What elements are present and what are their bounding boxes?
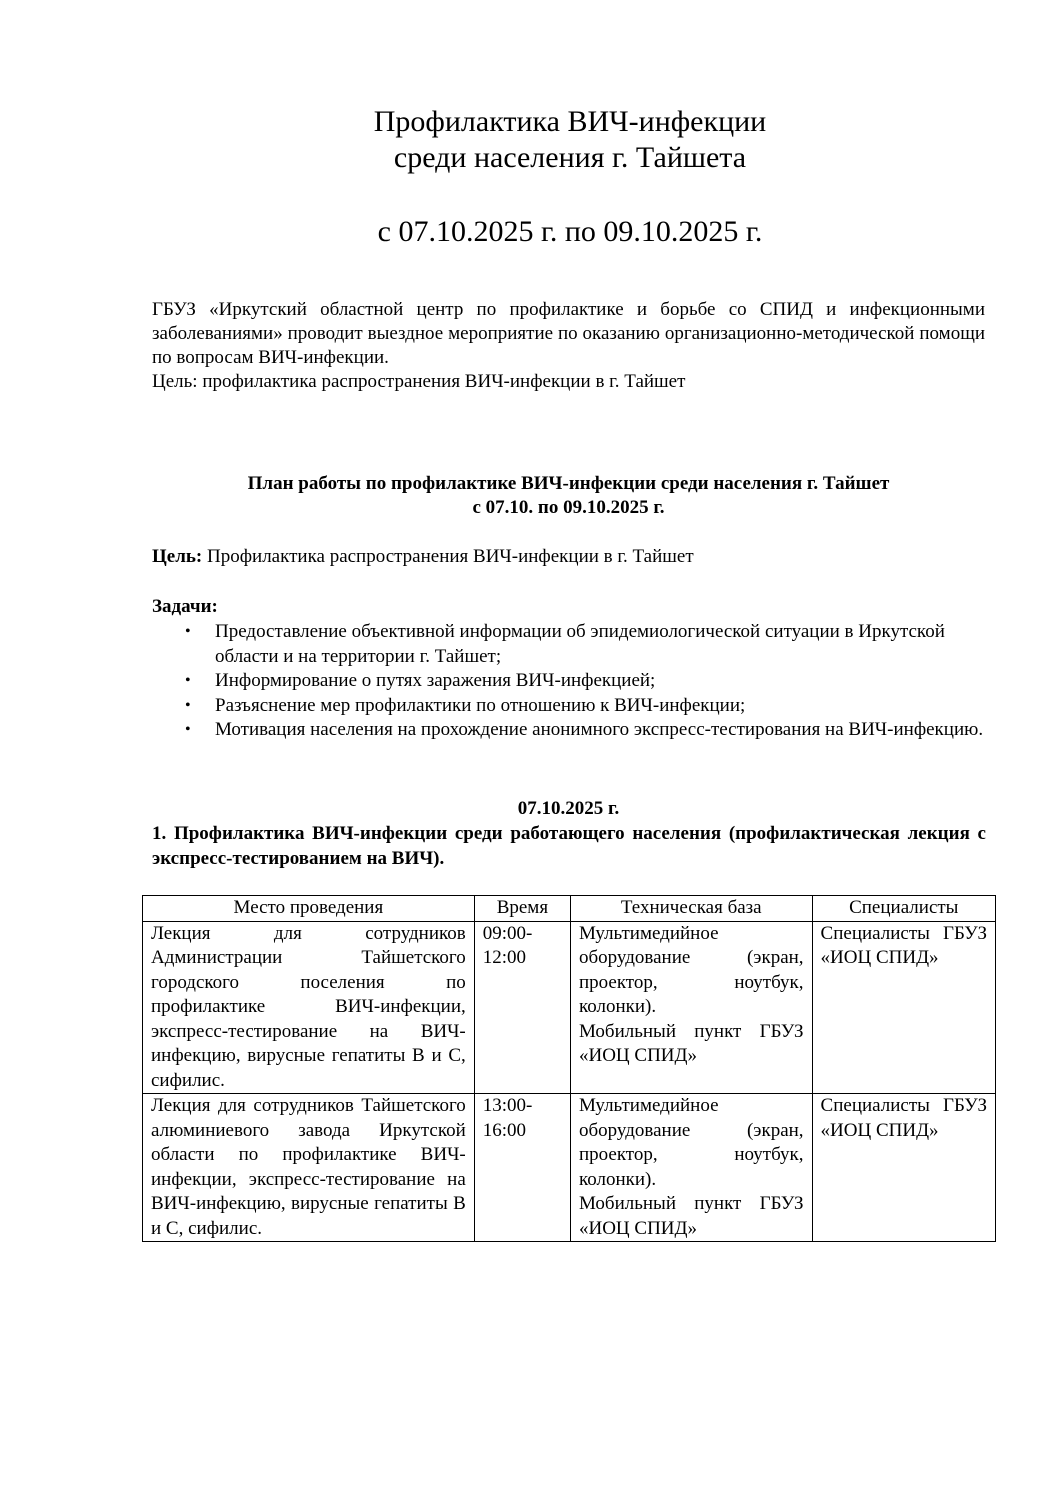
bullet-icon: • xyxy=(185,620,191,645)
goal-text: Профилактика распространения ВИЧ-инфекци… xyxy=(202,546,693,567)
table-row: Лекция для сотрудников Администрации Тай… xyxy=(143,921,996,1094)
tasks-list: •Предоставление объективной информации о… xyxy=(152,620,987,743)
section-title: 1. Профилактика ВИЧ-инфекции среди работ… xyxy=(152,822,986,871)
document-title-dates: с 07.10.2025 г. по 09.10.2025 г. xyxy=(0,214,1061,250)
cell-place: Лекция для сотрудников Администрации Тай… xyxy=(143,921,475,1094)
tasks-label: Задачи: xyxy=(152,595,218,619)
plan-heading-line1: План работы по профилактике ВИЧ-инфекции… xyxy=(152,472,985,496)
document-title-line2: среди населения г. Тайшета xyxy=(0,140,1061,176)
schedule-table: Место проведения Время Техническая база … xyxy=(142,895,996,1242)
cell-place: Лекция для сотрудников Тайшетского алюми… xyxy=(143,1094,475,1242)
task-item: •Разъяснение мер профилактики по отношен… xyxy=(152,694,987,719)
plan-heading: План работы по профилактике ВИЧ-инфекции… xyxy=(152,472,985,520)
cell-specialists: Специалисты ГБУЗ «ИОЦ СПИД» xyxy=(812,1094,995,1242)
task-item: •Предоставление объективной информации о… xyxy=(152,620,987,669)
header-place: Место проведения xyxy=(143,896,475,922)
bullet-icon: • xyxy=(185,669,191,694)
cell-equipment: Мультимедийное оборудование (экран, прое… xyxy=(570,1094,812,1242)
table-header-row: Место проведения Время Техническая база … xyxy=(143,896,996,922)
bullet-icon: • xyxy=(185,694,191,719)
table-row: Лекция для сотрудников Тайшетского алюми… xyxy=(143,1094,996,1242)
task-item: •Мотивация населения на прохождение анон… xyxy=(152,718,987,743)
day-date-heading: 07.10.2025 г. xyxy=(152,797,985,821)
cell-specialists: Специалисты ГБУЗ «ИОЦ СПИД» xyxy=(812,921,995,1094)
plan-heading-line2: с 07.10. по 09.10.2025 г. xyxy=(152,496,985,520)
task-item: •Информирование о путях заражения ВИЧ-ин… xyxy=(152,669,987,694)
cell-time: 13:00-16:00 xyxy=(474,1094,570,1242)
bullet-icon: • xyxy=(185,718,191,743)
document-title-line1: Профилактика ВИЧ-инфекции xyxy=(0,104,1061,140)
intro-section: ГБУЗ «Иркутский областной центр по профи… xyxy=(152,298,985,394)
cell-time: 09:00-12:00 xyxy=(474,921,570,1094)
plan-goal: Цель: Профилактика распространения ВИЧ-и… xyxy=(152,545,694,569)
header-specialists: Специалисты xyxy=(812,896,995,922)
header-equipment: Техническая база xyxy=(570,896,812,922)
header-time: Время xyxy=(474,896,570,922)
goal-label: Цель: xyxy=(152,546,202,567)
intro-goal: Цель: профилактика распространения ВИЧ-и… xyxy=(152,370,985,394)
cell-equipment: Мультимедийное оборудование (экран, прое… xyxy=(570,921,812,1094)
intro-paragraph: ГБУЗ «Иркутский областной центр по профи… xyxy=(152,298,985,370)
